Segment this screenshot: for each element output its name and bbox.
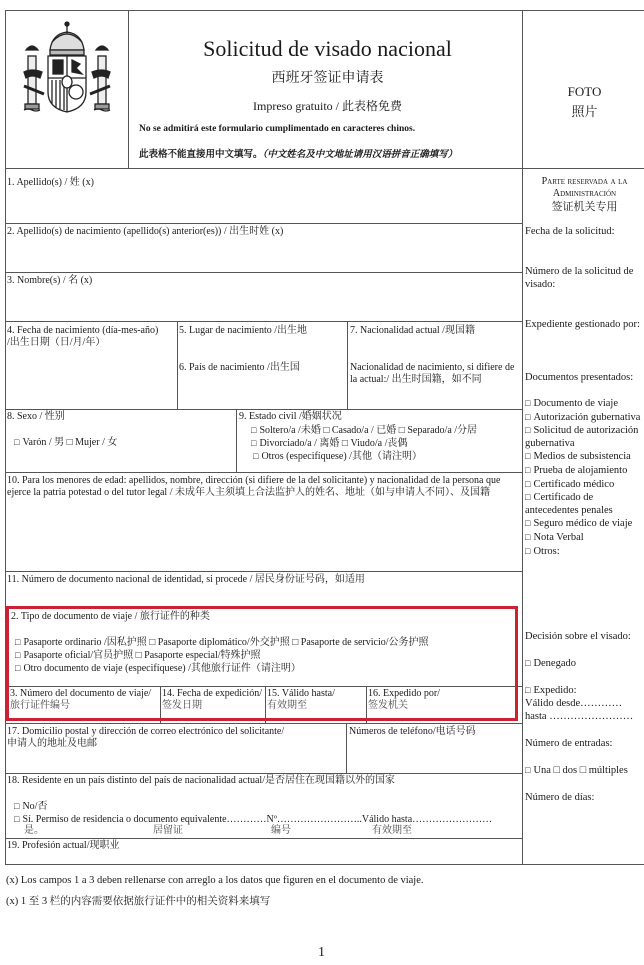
field-13-label: 3. Número del documento de viaje/	[10, 688, 151, 700]
form-title: Solicitud de visado nacional	[135, 36, 520, 62]
warning-cn-italic: （中文姓名及中文地址请用汉语拼音正确填写）	[263, 150, 458, 160]
field-17-label-cn: 申请人的地址及电邮	[7, 738, 284, 750]
divider	[347, 321, 348, 409]
admin-documents-presented: Documentos presentados:	[525, 371, 643, 384]
divider	[160, 686, 161, 723]
field-7-b-label: Nacionalidad de nacimiento, si difiere d…	[350, 362, 514, 374]
field-10-label: 10. Para los menores de edad: apellidos,…	[7, 475, 500, 487]
field-4-label: 4. Fecha de nacimiento (día-mes-año)	[7, 325, 158, 337]
field-12-option-row-1[interactable]: Pasaporte ordinario /因私护照 □ Pasaporte di…	[15, 636, 429, 649]
field-2-birth-surname[interactable]: 2. Apellido(s) de nacimiento (apellido(s…	[7, 226, 283, 238]
field-12-option-row-2[interactable]: Pasaporte oficial/官员护照 □ Pasaporte espec…	[15, 649, 261, 662]
admin-document-item[interactable]: Solicitud de autorización gubernativa	[525, 424, 643, 450]
field-9-option-row-2[interactable]: Divorciado/a / 离婚 □ Viudo/a /丧偶	[251, 437, 407, 450]
field-15-valid-until[interactable]: 15. Válido hasta/ 有效期至	[267, 688, 335, 712]
field-19-profession[interactable]: 19. Profesión actual/现职业	[7, 840, 119, 852]
admin-document-item[interactable]: Documento de viaje	[525, 397, 643, 411]
admin-document-item[interactable]: Prueba de alojamiento	[525, 464, 643, 478]
divider	[5, 409, 522, 410]
admin-header-cn: 签证机关专用	[525, 200, 644, 214]
admin-application-number: Número de la solicitud de visado:	[525, 265, 643, 291]
field-16-label: 16. Expedido por/	[368, 688, 440, 700]
spain-coat-of-arms-icon	[22, 20, 112, 128]
field-10-label-cn: ejerce la patria potestad o del tutor le…	[7, 487, 500, 499]
field-6-birth-country[interactable]: 6. País de nacimiento /出生国	[179, 362, 300, 374]
field-18-yes-option[interactable]: Sí. Permiso de residencia o documento eq…	[14, 813, 492, 826]
divider	[5, 571, 522, 572]
field-9-option-row-3[interactable]: Otros (especifíquese) /其他（请注明）	[253, 450, 422, 463]
admin-column-divider	[522, 10, 523, 865]
divider	[5, 321, 522, 322]
field-15-label-cn: 有效期至	[267, 700, 335, 712]
divider	[5, 272, 522, 273]
field-9-civil-status: 9. Estado civil /婚姻状况	[239, 411, 342, 423]
field-7-b-label-cn: la actual:/ 出生时国籍，如不同	[350, 374, 514, 386]
divider	[5, 223, 522, 224]
field-10-guardian[interactable]: 10. Para los menores de edad: apellidos,…	[7, 475, 500, 499]
field-14-label: 14. Fecha de expedición/	[162, 688, 262, 700]
field-14-issue-date[interactable]: 14. Fecha de expedición/ 签发日期	[162, 688, 262, 712]
admin-document-item[interactable]: Nota Verbal	[525, 531, 643, 545]
admin-entries-options[interactable]: Una □ dos □ múltiples	[525, 764, 643, 777]
field-18-residence: 18. Residente en un país distinto del pa…	[7, 775, 395, 787]
warning-cn-text: 此表格不能直接用中文填写。	[139, 150, 263, 160]
admin-header-line-1: Parte reservada a la	[525, 176, 644, 188]
admin-documents-list: Documento de viajeAutorización gubernati…	[525, 397, 643, 558]
admin-handled-by: Expediente gestionado por:	[525, 318, 643, 331]
divider	[177, 321, 178, 409]
field-9-option-row-1[interactable]: Soltero/a /未婚 □ Casado/a / 已婚 □ Separado…	[251, 424, 477, 437]
admin-document-item[interactable]: Certificado médico	[525, 478, 643, 492]
field-8-sex-options[interactable]: Varón / 男 □ Mujer / 女	[14, 436, 117, 449]
admin-valid-from: Válido desde…………	[525, 697, 643, 710]
field-11-national-id[interactable]: 11. Número de documento nacional de iden…	[7, 574, 365, 586]
field-18-cn-yes: 是。	[24, 825, 44, 837]
field-4-label-cn: /出生日期（日/月/年）	[7, 337, 158, 349]
footnote-cn: (x) 1 至 3 栏的内容需要依据旅行证件中的相关资料来填写	[6, 896, 270, 908]
divider	[5, 168, 644, 169]
photo-box: FOTO 照片	[525, 82, 644, 122]
field-13-doc-number[interactable]: 3. Número del documento de viaje/ 旅行证件编号	[10, 688, 151, 712]
admin-document-item[interactable]: Autorización gubernativa	[525, 411, 643, 425]
admin-document-item[interactable]: Medios de subsistencia	[525, 450, 643, 464]
admin-issued-checkbox[interactable]: Expedido:	[525, 684, 643, 697]
admin-document-item[interactable]: Otros:	[525, 545, 643, 559]
field-13-label-cn: 旅行证件编号	[10, 700, 151, 712]
field-12-travel-doc-type: 2. Tipo de documento de viaje / 旅行证件的种类	[11, 611, 210, 623]
admin-denied-checkbox[interactable]: Denegado	[525, 657, 643, 670]
field-3-first-name[interactable]: 3. Nombre(s) / 名 (x)	[7, 275, 92, 287]
page-number: 1	[318, 945, 325, 961]
field-18-cn-valid: 有效期至	[372, 825, 412, 837]
admin-section-header: Parte reservada a la Administración 签证机关…	[525, 176, 644, 214]
admin-days-label: Número de días:	[525, 791, 643, 804]
admin-header-line-2: Administración	[525, 188, 644, 200]
field-16-issued-by[interactable]: 16. Expedido por/ 签发机关	[368, 688, 440, 712]
form-title-cn: 西班牙签证申请表	[135, 70, 520, 88]
admin-document-item[interactable]: Certificado de antecedentes penales	[525, 491, 643, 517]
divider	[5, 838, 522, 839]
warning-es: No se admitirá este formulario cumplimen…	[139, 123, 415, 135]
admin-visa-decision: Decisión sobre el visado:	[525, 630, 643, 643]
phone-numbers-field[interactable]: Números de teléfono/电话号码	[349, 726, 476, 738]
field-18-no-option[interactable]: No/否	[14, 800, 47, 813]
field-14-label-cn: 签发日期	[162, 700, 262, 712]
divider	[265, 686, 266, 723]
field-12-option-row-3[interactable]: Otro documento de viaje (especifíquese) …	[15, 662, 301, 675]
divider	[236, 409, 237, 472]
admin-valid-to: hasta ……………………	[525, 710, 643, 723]
warning-cn: 此表格不能直接用中文填写。（中文姓名及中文地址请用汉语拼音正确填写）	[139, 149, 457, 161]
field-8-sex: 8. Sexo / 性别	[7, 411, 65, 423]
admin-application-date: Fecha de la solicitud:	[525, 225, 643, 238]
field-7-birth-nationality[interactable]: Nacionalidad de nacimiento, si difiere d…	[350, 362, 514, 386]
admin-document-item[interactable]: Seguro médico de viaje	[525, 517, 643, 531]
divider	[5, 723, 522, 724]
divider	[5, 773, 522, 774]
divider	[128, 10, 129, 168]
field-4-birth-date[interactable]: 4. Fecha de nacimiento (día-mes-año) /出生…	[7, 325, 158, 349]
divider	[5, 686, 522, 687]
photo-label-cn: 照片	[525, 102, 644, 122]
field-5-birth-place[interactable]: 5. Lugar de nacimiento /出生地	[179, 325, 307, 337]
field-7-nationality[interactable]: 7. Nacionalidad actual /现国籍	[350, 325, 475, 337]
free-form-note: Impreso gratuito / 此表格免费	[135, 98, 520, 114]
field-18-cn-number: 编号	[271, 825, 291, 837]
field-17-label: 17. Domicilio postal y dirección de corr…	[7, 726, 284, 738]
footnote-es: (x) Los campos 1 a 3 deben rellenarse co…	[6, 875, 424, 887]
field-15-label: 15. Válido hasta/	[267, 688, 335, 700]
photo-label: FOTO	[525, 82, 644, 102]
divider	[5, 472, 522, 473]
divider	[366, 686, 367, 723]
admin-entries-label: Número de entradas:	[525, 737, 643, 750]
field-18-cn-permit: 居留证	[153, 825, 183, 837]
field-17-address[interactable]: 17. Domicilio postal y dirección de corr…	[7, 726, 284, 750]
field-16-label-cn: 签发机关	[368, 700, 440, 712]
divider	[346, 723, 347, 773]
field-1-surname[interactable]: 1. Apellido(s) / 姓 (x)	[7, 177, 94, 189]
